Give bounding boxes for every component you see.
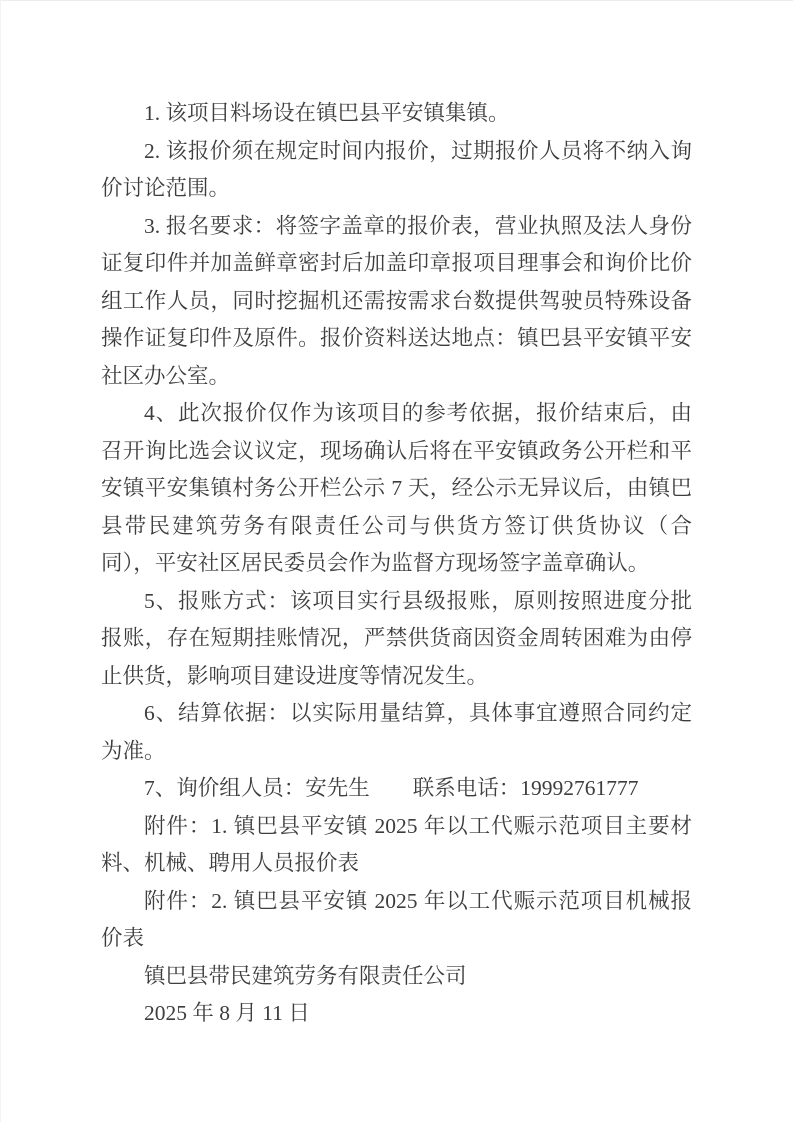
paragraph-deadline: 2. 该报价须在规定时间内报价，过期报价人员将不纳入询价讨论范围。 — [101, 133, 692, 208]
paragraph-settlement: 6、结算依据：以实际用量结算，具体事宜遵照合同约定为准。 — [101, 695, 692, 770]
signature-company: 镇巴县带民建筑劳务有限责任公司 — [101, 958, 692, 996]
paragraph-attachment-1: 附件：1. 镇巴县平安镇 2025 年以工代赈示范项目主要材料、机械、聘用人员报… — [101, 808, 692, 883]
paragraph-contact: 7、询价组人员：安先生 联系电话：19992761777 — [101, 770, 692, 808]
paragraph-reimbursement: 5、报账方式：该项目实行县级报账，原则按照进度分批报账，存在短期挂账情况，严禁供… — [101, 583, 692, 696]
paragraph-quote-procedure: 4、此次报价仅作为该项目的参考依据，报价结束后，由召开询比选会议议定，现场确认后… — [101, 395, 692, 583]
paragraph-registration: 3. 报名要求：将签字盖章的报价表，营业执照及法人身份证复印件并加盖鲜章密封后加… — [101, 208, 692, 396]
signature-date: 2025 年 8 月 11 日 — [101, 995, 692, 1033]
paragraph-attachment-2: 附件：2. 镇巴县平安镇 2025 年以工代赈示范项目机械报价表 — [101, 883, 692, 958]
paragraph-material-site: 1. 该项目料场设在镇巴县平安镇集镇。 — [101, 95, 692, 133]
document-page: 1. 该项目料场设在镇巴县平安镇集镇。 2. 该报价须在规定时间内报价，过期报价… — [0, 0, 793, 1122]
